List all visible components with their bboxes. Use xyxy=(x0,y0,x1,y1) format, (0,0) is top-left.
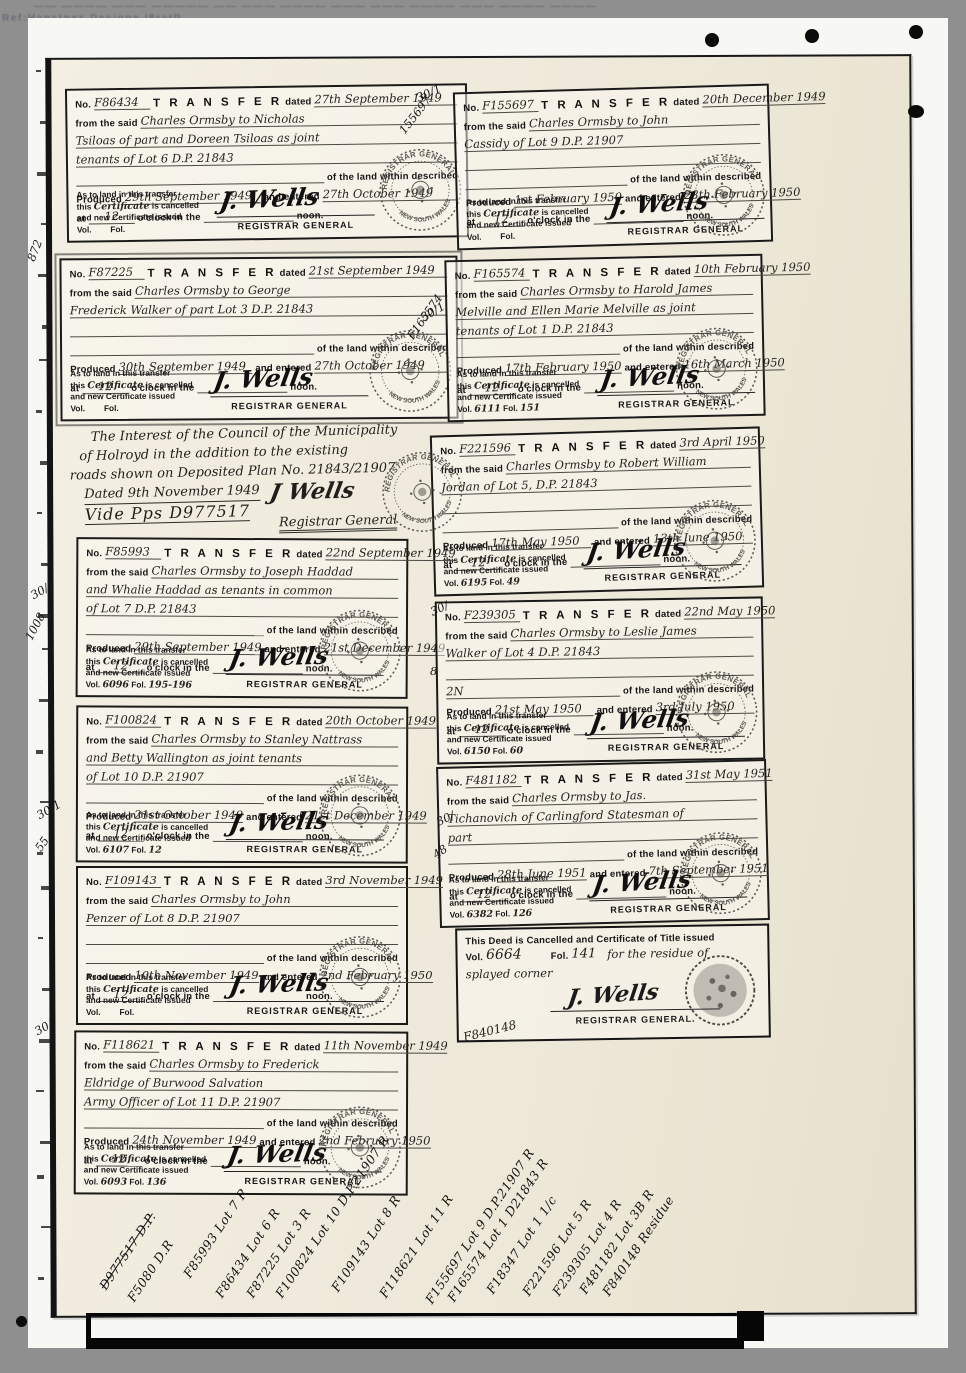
this-label: this xyxy=(466,208,483,218)
transfer-number: F100824 xyxy=(105,713,161,728)
svg-text:REGISTRAR GENERAL: REGISTRAR GENERAL xyxy=(375,144,459,191)
cancelled-label: is cancelled xyxy=(530,378,580,389)
transfer-stamp: No.F221596T R A N S F E Rdated3rd April … xyxy=(430,426,764,596)
transfer-word: T R A N S F E R xyxy=(541,96,670,112)
fol-label: Fol. xyxy=(493,908,513,918)
bottom-bracket-mark xyxy=(86,1313,744,1349)
asto-line3: and new Certificate issued xyxy=(86,667,238,679)
as-to-land-block: As to land in this transferthis Certific… xyxy=(446,709,599,757)
transfer-parties-line: Melville and Ellen Marie Melville as joi… xyxy=(455,299,753,320)
dated-label: dated xyxy=(285,96,311,107)
fol-value: 126 xyxy=(512,907,532,918)
no-label: No. xyxy=(84,1041,100,1052)
svg-text:REGISTRAR GENERAL: REGISTRAR GENERAL xyxy=(315,770,398,816)
edge-dash xyxy=(38,937,43,939)
dated-label: dated xyxy=(655,609,682,620)
as-to-land-block: As to land in this transferthis Certific… xyxy=(86,644,238,691)
cancelled-label: is cancelled xyxy=(520,721,570,732)
cancelled-label: is cancelled xyxy=(159,656,208,666)
vol-fol-line: Vol. Fol. xyxy=(70,402,222,415)
certificate-word: Certificate xyxy=(94,200,150,212)
from-label: from the said xyxy=(445,630,507,642)
scanner-ghost-text-line1: —— ———— ——— ————— —— ——— ———— ——— ——— ——… xyxy=(34,1,597,12)
parties-extra-row: Walker of Lot 4 D.P. 21843 xyxy=(445,642,753,662)
vol-value: 6195 xyxy=(461,577,488,589)
parties-extra-row: Melville and Ellen Marie Melville as joi… xyxy=(455,299,753,320)
transfer-date: 22nd September 1949 xyxy=(326,545,456,561)
vol-fol-line: Vol. 6150 Fol. 60 xyxy=(447,744,599,758)
transfer-parties-line: Charles Ormsby to Robert William xyxy=(506,453,751,475)
transfer-number: F155697 xyxy=(482,97,538,114)
pre-land-annotation xyxy=(86,802,264,804)
transfer-word: T R A N S F E R xyxy=(518,440,647,456)
edge-dash xyxy=(36,750,43,754)
this-label: this xyxy=(86,656,103,666)
registrar-general-label: REGISTRAR GENERAL xyxy=(210,400,368,411)
transfer-date: 31st May 1951 xyxy=(686,766,773,783)
registrar-signature: J. Wells xyxy=(218,182,322,216)
as-to-land-block: As to land in this transferthis Certific… xyxy=(449,871,602,921)
punch-hole xyxy=(908,105,924,118)
punch-hole xyxy=(909,25,923,39)
no-label: No. xyxy=(86,877,102,888)
fol-label: Fol. xyxy=(551,951,569,962)
vol-label: Vol. xyxy=(86,679,103,689)
registrar-signature: J. Wells xyxy=(211,362,315,395)
signature-rule xyxy=(210,395,368,397)
vol-fol-line: Vol. 6096 Fol. 195-196 xyxy=(86,679,238,691)
transfer-date: 20th October 1949 xyxy=(326,713,436,728)
svg-text:REGISTRAR GENERAL: REGISTRAR GENERAL xyxy=(315,931,398,977)
cancelled-label: is cancelled xyxy=(522,883,572,894)
vol-label: Vol. xyxy=(86,844,103,854)
fol-value: 151 xyxy=(520,402,540,413)
certificate-word: Certificate xyxy=(87,379,143,390)
vol-value xyxy=(87,403,101,414)
registrar-general-seal: REGISTRAR GENERAL NEW SOUTH WALES xyxy=(311,928,408,1025)
transfer-parties-line: Frederick Walker of part Lot 3 D.P. 2184… xyxy=(70,301,448,319)
stamp-header-row: No.F118621T R A N S F E Rdated11th Novem… xyxy=(84,1037,398,1053)
fol-value: 60 xyxy=(510,745,523,756)
vol-label: Vol. xyxy=(70,403,87,413)
asto-line2: this Certificate is cancelled xyxy=(86,984,238,996)
edge-dash xyxy=(40,1141,52,1144)
vol-value: 6096 xyxy=(103,679,130,690)
this-label: this xyxy=(449,886,466,896)
transfer-parties-line: and Betty Wallington as joint tenants xyxy=(86,750,398,766)
asto-line2: this Certificate is cancelled xyxy=(86,821,238,833)
transfer-date: 21st September 1949 xyxy=(309,263,448,279)
svg-text:NEW SOUTH WALES: NEW SOUTH WALES xyxy=(700,202,759,233)
from-label: from the said xyxy=(455,289,517,301)
certificate-word: Certificate xyxy=(103,984,159,995)
municipal-interest-note: The Interest of the Council of the Munic… xyxy=(69,420,440,547)
transfer-stamp: No.F481182T R A N S F E Rdated31st May 1… xyxy=(436,759,770,928)
vol-label: Vol. xyxy=(77,224,94,234)
asto-line1: As to land in this transfer xyxy=(86,809,238,821)
dated-label: dated xyxy=(650,440,677,452)
dated-label: dated xyxy=(296,549,322,560)
from-label: from the said xyxy=(447,795,510,808)
margin-note: 8 xyxy=(430,664,437,678)
dated-label: dated xyxy=(665,266,692,278)
stamp-header-row: No.F85993T R A N S F E Rdated22nd Septem… xyxy=(86,544,398,561)
transfer-stamp: No.F239305T R A N S F E Rdated22nd May 1… xyxy=(435,596,766,764)
edge-dash xyxy=(41,1226,52,1228)
fol-label: Fol. xyxy=(487,576,507,587)
transfer-word: T R A N S F E R xyxy=(524,772,653,787)
svg-text:REGISTRAR GENERAL: REGISTRAR GENERAL xyxy=(671,322,755,370)
fol-value: 141 xyxy=(571,946,596,961)
transfer-parties-line: Charles Ormsby to Harold James xyxy=(520,280,753,300)
parties-extra-row: Penzer of Lot 8 D.P. 21907 xyxy=(86,911,398,926)
edge-dash xyxy=(42,325,49,329)
asto-line3: and new Certificate issued xyxy=(84,1164,236,1176)
fol-value: 12 xyxy=(148,844,161,855)
punch-hole xyxy=(16,1316,27,1327)
svg-text:NEW SOUTH WALES: NEW SOUTH WALES xyxy=(399,498,457,529)
transfer-date: 11th November 1949 xyxy=(324,1038,448,1053)
edge-dash xyxy=(38,1277,44,1280)
fol-label: Fol. xyxy=(108,223,127,233)
from-label: from the said xyxy=(86,735,148,746)
this-label: this xyxy=(84,1153,101,1163)
cancelled-label: is cancelled xyxy=(159,984,208,994)
edge-dash xyxy=(39,699,51,702)
cancelled-label: is cancelled xyxy=(149,199,198,210)
edge-dash xyxy=(40,461,50,465)
transfer-number: F87225 xyxy=(88,265,144,280)
pre-land-annotation xyxy=(456,354,620,358)
no-label: No. xyxy=(70,269,86,280)
from-row: from the saidCharles Ormsby to Joseph Ha… xyxy=(86,563,398,580)
edge-dash xyxy=(41,563,50,566)
transfer-stamp: No.F86434T R A N S F E Rdated27th Septem… xyxy=(65,83,469,243)
vol-fol-line: Vol. Fol. xyxy=(86,1007,238,1019)
registrar-general-seal: REGISTRAR GENERAL NEW SOUTH WALES xyxy=(374,444,471,541)
stamp-header-row: No.F165574T R A N S F E Rdated10th Febru… xyxy=(454,261,752,282)
as-to-land-block: As to land in this transferthis Certific… xyxy=(76,188,229,236)
deed-cancellation-stamp: This Deed is Cancelled and Certificate o… xyxy=(455,924,771,1043)
asto-line1: As to land in this transfer xyxy=(86,972,238,984)
svg-text:NEW SOUTH WALES: NEW SOUTH WALES xyxy=(336,985,395,1014)
as-to-land-block: As to land in this transferthis Certific… xyxy=(70,367,222,414)
cancellation-signature: J. Wells xyxy=(566,979,661,1011)
certificate-word: Certificate xyxy=(464,722,520,734)
transfer-parties-line: Charles Ormsby to John xyxy=(151,892,398,907)
fol-label: Fol. xyxy=(117,1007,136,1017)
edge-dash xyxy=(36,1090,44,1092)
fol-label: Fol. xyxy=(129,679,148,689)
dated-label: dated xyxy=(673,97,700,109)
svg-text:REGISTRAR GENERAL: REGISTRAR GENERAL xyxy=(675,827,759,875)
transfer-word: T R A N S F E R xyxy=(532,266,661,281)
certificate-word: Certificate xyxy=(103,821,159,832)
fol-label: Fol. xyxy=(129,844,148,854)
svg-text:NEW SOUTH WALES: NEW SOUTH WALES xyxy=(692,720,751,750)
transfer-parties-line: Penzer of Lot 8 D.P. 21907 xyxy=(86,911,398,926)
transfer-parties-line: Walker of Lot 4 D.P. 21843 xyxy=(445,642,753,662)
transfer-word: T R A N S F E R xyxy=(147,267,276,280)
svg-text:NEW SOUTH WALES: NEW SOUTH WALES xyxy=(691,548,750,579)
pre-land-annotation xyxy=(448,859,624,864)
registrar-general-seal-blotchy xyxy=(682,952,759,1029)
transfer-stamp: No.F100824T R A N S F E Rdated20th Octob… xyxy=(76,705,409,863)
vol-fol-line: Vol. 6111 Fol. 151 xyxy=(457,400,609,415)
asto-line3: and new Certificate issued xyxy=(86,832,238,844)
vol-fol-line: Vol. 6107 Fol. 12 xyxy=(86,844,238,856)
dated-label: dated xyxy=(296,717,322,728)
as-to-land-block: As to land in this transferthis Certific… xyxy=(86,972,238,1018)
certificate-word: Certificate xyxy=(466,884,522,896)
svg-text:NEW SOUTH WALES: NEW SOUTH WALES xyxy=(335,659,393,688)
vol-value: 6107 xyxy=(103,844,129,855)
stamp-header-row: No.F239305T R A N S F E Rdated22nd May 1… xyxy=(445,604,753,624)
from-label: from the said xyxy=(86,567,148,578)
transfer-number: F118621 xyxy=(103,1038,159,1053)
transfer-parties-line: Charles Ormsby to Stanley Nattrass xyxy=(151,732,398,748)
dated-label: dated xyxy=(294,1042,320,1053)
transfer-number: F481182 xyxy=(465,772,521,788)
transfer-number: F109143 xyxy=(105,873,161,888)
municipal-note-signature: J Wells xyxy=(268,477,357,505)
vol-value: 6093 xyxy=(101,1176,127,1187)
vol-label: Vol. xyxy=(444,577,461,587)
edge-dash xyxy=(42,648,50,650)
certificate-word: Certificate xyxy=(474,379,530,391)
fol-label: Fol. xyxy=(102,402,121,412)
asto-line2: this Certificate is cancelled xyxy=(84,1153,236,1165)
dated-label: dated xyxy=(280,268,306,279)
fol-value xyxy=(121,402,135,413)
no-label: No. xyxy=(445,612,461,623)
stamp-header-row: No.F109143T R A N S F E Rdated3rd Novemb… xyxy=(86,873,398,888)
edge-dash xyxy=(36,410,42,413)
pre-land-annotation xyxy=(70,354,314,357)
svg-text:NEW SOUTH WALES: NEW SOUTH WALES xyxy=(386,379,445,409)
registrar-general-label: REGISTRAR GENERAL xyxy=(217,220,375,232)
this-label: this xyxy=(86,984,103,994)
transfer-parties-line: Charles Ormsby to Jas. xyxy=(512,785,757,806)
transfer-stamp: No.F87225T R A N S F E Rdated21st Septem… xyxy=(59,256,458,422)
transfer-parties-line: Eldridge of Burwood Salvation xyxy=(84,1075,398,1091)
fol-label: Fol. xyxy=(127,1176,146,1186)
transfer-stamp: No.F109143T R A N S F E Rdated3rd Novemb… xyxy=(76,866,408,1025)
transfer-word: T R A N S F E R xyxy=(164,716,293,728)
transfer-number: F85993 xyxy=(105,544,161,559)
edge-dash xyxy=(39,1039,52,1043)
registrar-general-seal: REGISTRAR GENERAL NEW SOUTH WALES xyxy=(671,824,770,923)
asto-line2: this Certificate is cancelled xyxy=(86,656,238,668)
vol-label: Vol. xyxy=(457,403,474,413)
vol-label: Vol. xyxy=(465,952,483,963)
registrar-general-seal: REGISTRAR GENERAL NEW SOUTH WALES xyxy=(311,602,408,699)
transfer-number: F165574 xyxy=(473,266,529,282)
edge-dash xyxy=(39,359,50,361)
cancelled-label: is cancelled xyxy=(539,205,589,216)
bottom-bracket-block xyxy=(737,1311,764,1341)
stamp-header-row: No.F87225T R A N S F E Rdated21st Septem… xyxy=(69,263,447,281)
svg-text:NEW SOUTH WALES: NEW SOUTH WALES xyxy=(693,376,752,406)
transfer-date: 3rd April 1950 xyxy=(679,433,765,450)
this-label: this xyxy=(77,201,94,211)
cancelled-label: is cancelled xyxy=(516,551,566,562)
transfer-number: F239305 xyxy=(464,607,520,623)
transfer-parties-line: Charles Ormsby to George xyxy=(135,282,448,299)
vol-label: Vol. xyxy=(86,1007,103,1017)
as-to-land-block: As to land in this transferthis Certific… xyxy=(86,809,238,856)
as-to-land-block: As to land in this transferthis Certific… xyxy=(466,193,619,243)
certificate-word: Certificate xyxy=(101,1153,157,1164)
fol-value: 195-196 xyxy=(148,679,192,690)
edge-dash xyxy=(37,172,50,176)
fol-value xyxy=(127,223,141,234)
parties-extra-row: and Whalie Haddad as tenants in common xyxy=(86,582,398,599)
vol-value: 6664 xyxy=(486,946,522,963)
asto-line1: As to land in this transfer xyxy=(86,644,238,656)
certificate-word: Certificate xyxy=(460,553,516,566)
fol-value xyxy=(517,230,532,241)
svg-text:NEW SOUTH WALES: NEW SOUTH WALES xyxy=(336,823,395,852)
vol-value: 6111 xyxy=(474,403,501,415)
edge-dash xyxy=(37,512,42,514)
vol-label: Vol. xyxy=(467,231,484,241)
no-label: No. xyxy=(446,777,462,788)
transfer-word: T R A N S F E R xyxy=(164,548,293,561)
transfer-stamp: No.F155697T R A N S F E Rdated20th Decem… xyxy=(453,84,773,251)
cancelled-label: is cancelled xyxy=(143,379,192,389)
stamp-header-row: No.F100824T R A N S F E Rdated20th Octob… xyxy=(86,712,398,728)
as-to-land-block: As to land in this transferthis Certific… xyxy=(443,539,596,589)
transfer-word: T R A N S F E R xyxy=(162,1041,291,1053)
svg-text:NEW SOUTH WALES: NEW SOUTH WALES xyxy=(697,880,756,911)
vol-label: Vol. xyxy=(447,746,464,756)
from-label: from the said xyxy=(75,118,137,130)
this-label: this xyxy=(70,380,87,390)
certificate-word: Certificate xyxy=(103,656,159,667)
edge-dash xyxy=(40,121,49,124)
transfer-date: 10th February 1950 xyxy=(694,260,811,277)
cancellation-code: F840148 xyxy=(462,1018,518,1045)
fol-label: Fol. xyxy=(501,402,521,412)
transfer-stamp: No.F165574T R A N S F E Rdated10th Febru… xyxy=(444,254,765,423)
registrar-general-seal: REGISTRAR GENERAL NEW SOUTH WALES xyxy=(667,663,765,761)
parties-extra-row: and Betty Wallington as joint tenants xyxy=(86,750,398,766)
no-label: No. xyxy=(86,548,102,559)
stamp-header-row: No.F86434T R A N S F E Rdated27th Septem… xyxy=(75,90,457,110)
edge-dash xyxy=(41,886,51,890)
svg-text:REGISTRAR GENERAL: REGISTRAR GENERAL xyxy=(315,605,398,651)
as-to-land-block: As to land in this transferthis Certific… xyxy=(457,366,610,415)
no-label: No. xyxy=(86,716,102,727)
vide-underlined: Vide Pps D977517 xyxy=(84,501,250,525)
pre-land-annotation xyxy=(84,1127,264,1129)
cancelled-label: is cancelled xyxy=(157,1153,206,1163)
transfer-parties-line: and Whalie Haddad as tenants in common xyxy=(86,582,398,599)
from-label: from the said xyxy=(464,120,527,133)
vol-label: Vol. xyxy=(84,1176,101,1186)
pre-land-annotation: 2N xyxy=(446,682,620,700)
vol-value xyxy=(484,231,499,242)
certificate-word: Certificate xyxy=(483,207,539,220)
vol-value xyxy=(94,224,108,235)
pre-land-annotation xyxy=(86,634,264,636)
vol-value xyxy=(103,1007,117,1018)
no-label: No. xyxy=(75,99,91,110)
dated-label: dated xyxy=(656,772,683,784)
transfer-parties-line: Charles Ormsby to John xyxy=(529,110,760,131)
edge-dash xyxy=(38,274,50,277)
as-to-land-block: As to land in this transferthis Certific… xyxy=(84,1141,236,1188)
fol-label: Fol. xyxy=(498,230,518,241)
this-label: this xyxy=(447,723,464,733)
registrar-signature: J. Wells xyxy=(225,1138,329,1170)
edge-dash xyxy=(36,70,41,72)
punch-hole xyxy=(805,29,819,43)
transfer-word: T R A N S F E R xyxy=(164,876,293,888)
transfer-parties-line: Charles Ormsby to Frederick xyxy=(149,1057,398,1073)
edge-dash xyxy=(41,223,49,225)
edge-dash xyxy=(42,988,51,991)
fol-label: Fol. xyxy=(490,745,510,755)
no-label: No. xyxy=(455,271,471,282)
transfer-parties-line: Charles Ormsby to Leslie James xyxy=(510,623,753,642)
registrar-general-seal: REGISTRAR GENERAL NEW SOUTH WALES xyxy=(665,491,764,590)
transfer-word: T R A N S F E R xyxy=(153,96,282,110)
parties-extra-row: Eldridge of Burwood Salvation xyxy=(84,1075,398,1091)
fol-value: 49 xyxy=(506,576,520,587)
from-row: from the saidCharles Ormsby to Leslie Ja… xyxy=(445,623,753,643)
from-label: from the said xyxy=(86,896,148,907)
fol-value: 136 xyxy=(146,1176,166,1187)
vol-fol-line: Vol. Fol. xyxy=(77,222,229,236)
asto-line1: As to land in this transfer xyxy=(84,1141,236,1153)
transfer-parties-line: Charles Ormsby to Joseph Haddad xyxy=(151,564,398,580)
vol-fol-line: Vol. 6093 Fol. 136 xyxy=(84,1176,236,1188)
from-row: from the saidCharles Ormsby to Frederick xyxy=(84,1056,398,1072)
vol-label: Vol. xyxy=(450,909,467,919)
svg-text:NEW SOUTH WALES: NEW SOUTH WALES xyxy=(396,197,455,227)
vol-fol-line: Vol. 6382 Fol. 126 xyxy=(450,906,602,921)
edge-dash xyxy=(37,1175,44,1179)
punch-hole xyxy=(705,33,719,47)
from-label: from the said xyxy=(70,288,132,299)
vol-value: 6150 xyxy=(464,745,491,756)
no-label: No. xyxy=(463,103,479,114)
asto-line3: and new Certificate issued xyxy=(86,995,238,1007)
transfer-date: 22nd May 1950 xyxy=(684,603,775,619)
from-row: from the saidCharles Ormsby to John xyxy=(86,892,398,907)
registrar-general-seal: REGISTRAR GENERAL NEW SOUTH WALES xyxy=(311,767,408,864)
transfer-number: F86434 xyxy=(94,95,150,111)
from-label: from the said xyxy=(84,1060,146,1071)
transfer-number: F221596 xyxy=(459,440,515,457)
cancelled-label: is cancelled xyxy=(159,821,208,831)
dated-label: dated xyxy=(296,877,322,888)
transfer-stamp: No.F85993T R A N S F E Rdated22nd Septem… xyxy=(76,537,409,699)
registrar-general-script: Registrar General xyxy=(279,513,398,534)
from-row: from the saidCharles Ormsby to Stanley N… xyxy=(86,731,398,747)
this-label: this xyxy=(86,821,103,831)
svg-text:REGISTRAR GENERAL: REGISTRAR GENERAL xyxy=(671,666,755,714)
from-row: from the saidCharles Ormsby to George xyxy=(70,282,448,300)
this-label: this xyxy=(457,380,474,390)
from-row: from the saidCharles Ormsby to Harold Ja… xyxy=(455,280,753,301)
registrar-general-seal: REGISTRAR GENERAL NEW SOUTH WALES xyxy=(667,319,766,418)
vol-value: 6382 xyxy=(466,908,493,920)
registrar-general-seal: REGISTRAR GENERAL NEW SOUTH WALES xyxy=(674,145,773,244)
fol-value xyxy=(137,1007,151,1018)
